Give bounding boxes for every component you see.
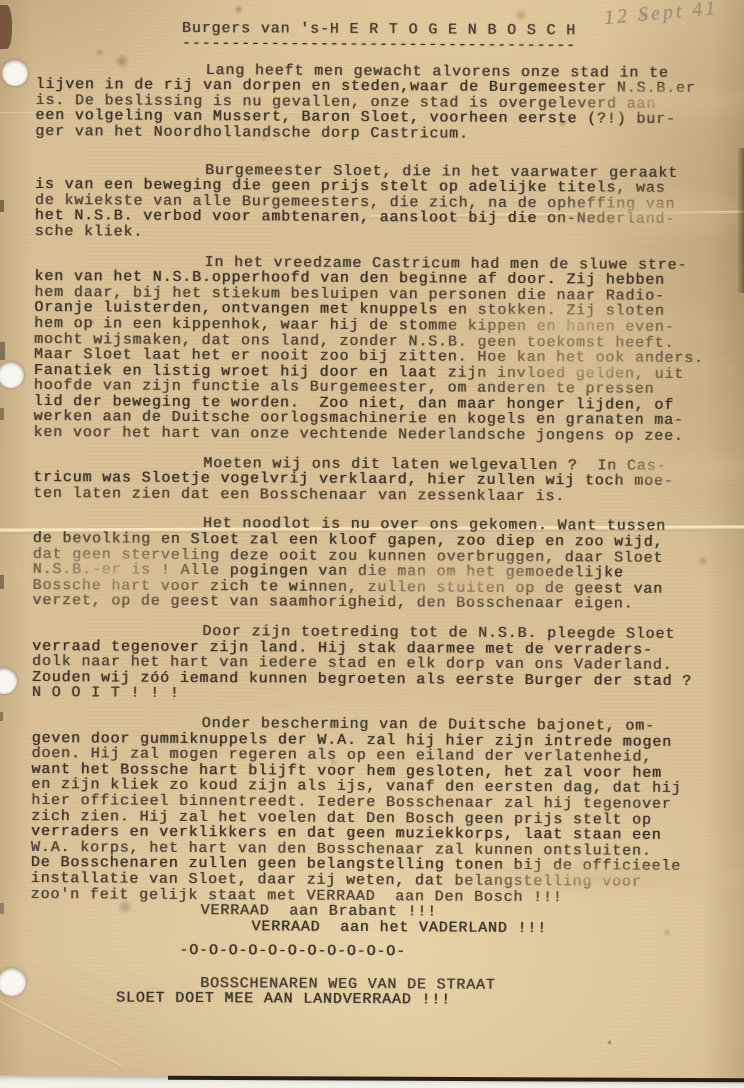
paragraph: Moeten wij ons dit laten welgevallen ? I…: [33, 455, 735, 506]
paragraph: In het vreedzame Castricum had men de sl…: [33, 254, 736, 445]
text-line: ten laten zien dat een Bosschenaar van z…: [33, 486, 735, 506]
paragraph: Burgemeester Sloet, die in het vaarwater…: [35, 162, 737, 244]
text-line: verzet, op de geest van saamhorigheid, d…: [32, 593, 734, 613]
punch-hole: [2, 60, 28, 86]
text-line: N O O I T ! ! !: [32, 685, 734, 705]
paragraph: Onder bescherming van de Duitsche bajone…: [31, 715, 734, 906]
typewritten-text: Burgers van 's-H E R T O G E N B O S C H…: [30, 20, 738, 1010]
footer-slogans: BOSSCHENAREN WEG VAN DE STRAATSLOET DOET…: [30, 975, 732, 1010]
verraad-block: VERRAAD aan Brabant !!!VERRAAD aan het V…: [30, 902, 732, 937]
text-line: ger van het Noordhollandsche dorp Castri…: [35, 124, 737, 144]
text-line: sche kliek.: [35, 224, 737, 244]
scanned-pamphlet-page: { "document": { "handwritten_date": "12 …: [0, 0, 744, 1088]
text-line: ken voor het hart van onze vechtende Ned…: [33, 425, 735, 445]
paragraph: Het noodlot is nu over ons gekomen. Want…: [32, 515, 735, 613]
paragraph: Door zijn toetreding tot de N.S.B. pleeg…: [32, 623, 734, 705]
separator-line: -O-O-O-O-O-O-O-O-O-O-O-: [30, 942, 732, 962]
document-paragraphs: Lang heeft men gewacht alvorens onze sta…: [31, 62, 738, 907]
paragraph: Lang heeft men gewacht alvorens onze sta…: [35, 62, 737, 144]
